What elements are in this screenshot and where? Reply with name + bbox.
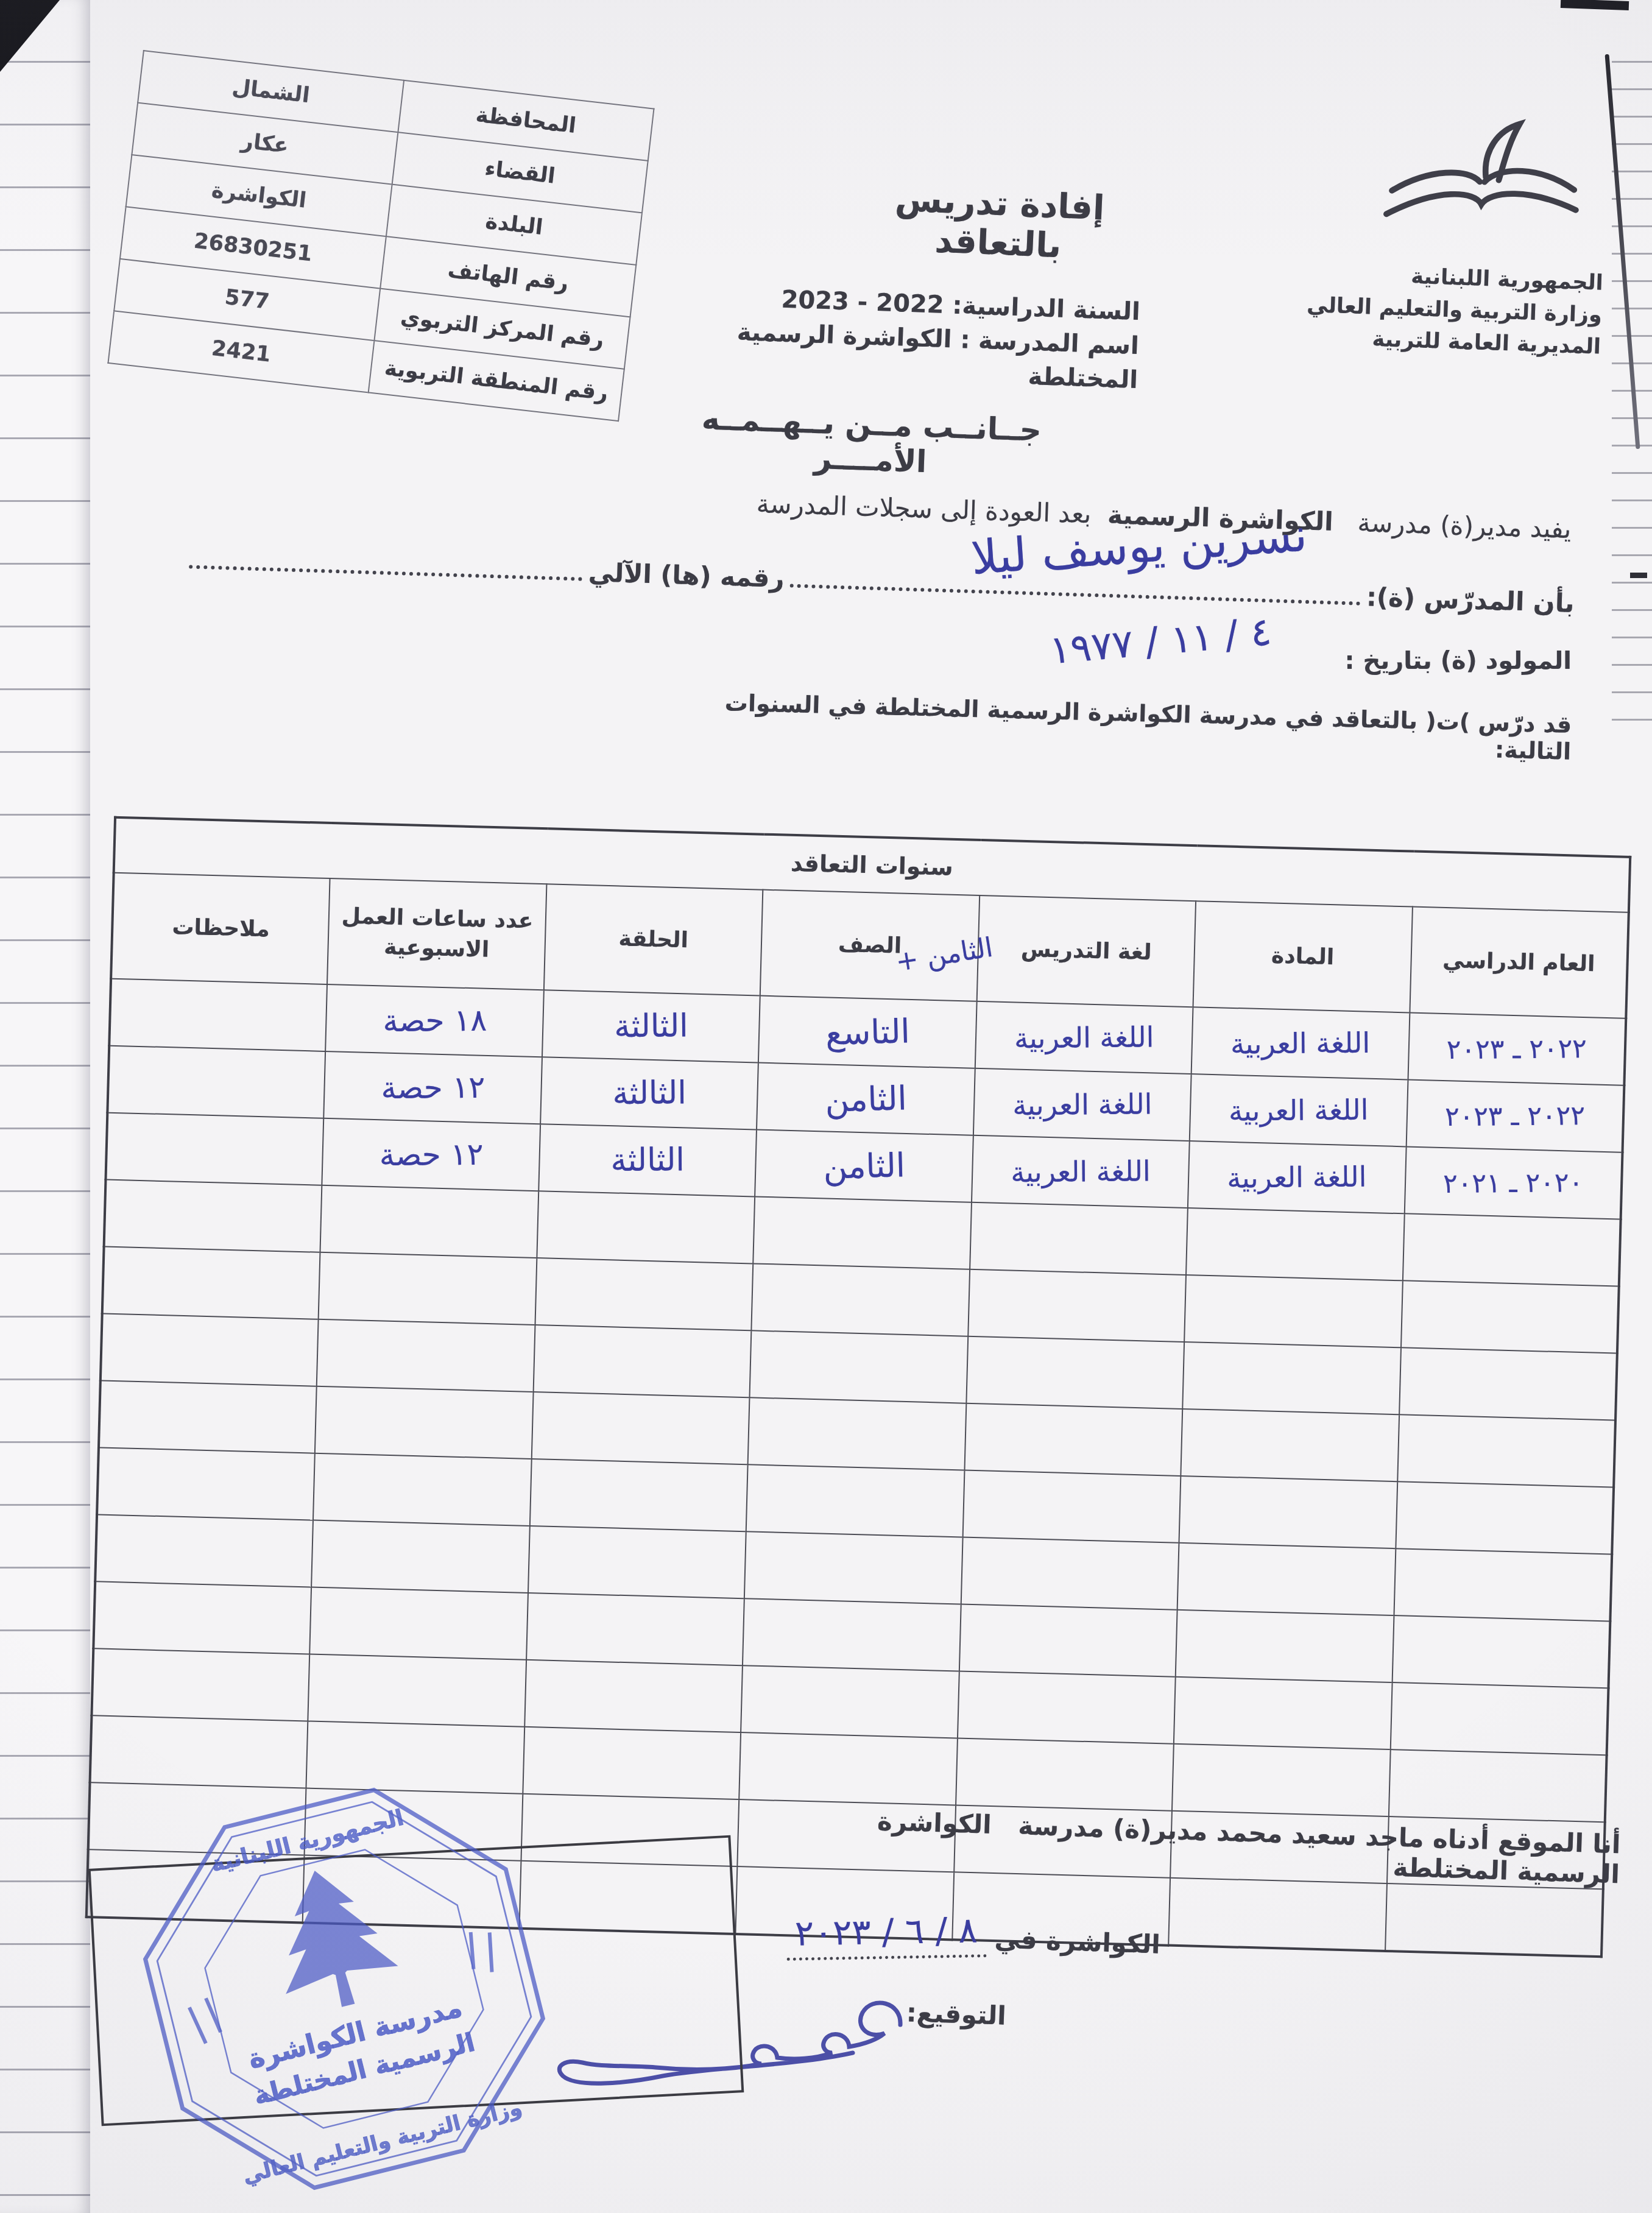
empty-cell — [741, 1665, 959, 1738]
empty-cell — [310, 1587, 528, 1660]
year-handwriting: ٢٠٢٠ ـ ٢٠٢١ — [1443, 1167, 1583, 1199]
empty-cell — [1390, 1682, 1608, 1755]
school-stamp: الجمهورية اللبنانية مدرسة الكواشرة الرسم… — [125, 1776, 563, 2202]
subject-handwriting: اللغة العربية — [1230, 1026, 1371, 1061]
empty-cell — [956, 1738, 1174, 1810]
cell-subject: اللغة العربية — [1191, 1007, 1410, 1079]
empty-cell — [532, 1392, 750, 1464]
cycle-handwriting: الثالثة — [610, 1142, 685, 1179]
place-date-label: الكواشرة في — [994, 1924, 1161, 1959]
empty-cell — [313, 1453, 531, 1526]
cell-hours: ١٢ حصة — [324, 1051, 542, 1124]
cell-language: اللغة العربية — [975, 1001, 1193, 1074]
teacher-label: بأن المدرّس (ة): — [1366, 582, 1575, 618]
cell-hours: ١٢ حصة — [322, 1118, 540, 1191]
empty-cell — [752, 1263, 970, 1336]
year-handwriting: ٢٠٢٢ ـ ٢٠٢٣ — [1446, 1033, 1586, 1065]
empty-cell — [528, 1526, 746, 1598]
cell-year: ٢٠٢٢ ـ ٢٠٢٣ — [1408, 1012, 1626, 1085]
empty-cell — [317, 1319, 535, 1392]
col-weekly-hours: عدد ساعات العمل الاسبوعية — [327, 878, 546, 990]
edge-mark — [1630, 573, 1647, 578]
cycle-handwriting: الثالثة — [612, 1075, 687, 1112]
col-notes: ملاحظات — [111, 873, 330, 984]
registry-number-label: رقمه (ها) الآلي — [588, 557, 785, 593]
empty-cell — [968, 1269, 1186, 1342]
col-cycle: الحلقة — [544, 884, 763, 995]
empty-cell — [1385, 1883, 1603, 1957]
date-handwriting: ٨ / ٦ / ٢٠٢٣ — [786, 1909, 986, 1961]
empty-cell — [1402, 1213, 1620, 1286]
empty-cell — [537, 1191, 755, 1263]
empty-cell — [1401, 1280, 1619, 1353]
ministry-header: الجمهورية اللبنانية وزارة التربية والتعل… — [1223, 254, 1603, 363]
stamp-arc-bottom-text: وزارة التربية والتعليم العالي — [240, 2095, 524, 2189]
dotted-leader — [189, 565, 582, 581]
scan-corner-mark — [1561, 0, 1629, 10]
cell-notes — [107, 1046, 325, 1118]
empty-cell — [1394, 1548, 1612, 1621]
empty-cell — [308, 1654, 526, 1727]
empty-cell — [961, 1537, 1179, 1610]
scan-corner-shadow — [0, 0, 60, 72]
empty-cell — [1184, 1275, 1402, 1347]
notebook-paper-edge-left — [0, 0, 90, 2213]
cell-notes — [105, 1113, 323, 1185]
empty-cell — [1176, 1610, 1394, 1682]
empty-cell — [533, 1325, 751, 1397]
cell-notes — [109, 979, 327, 1051]
empty-cell — [526, 1593, 744, 1665]
cell-grade: التاسع — [758, 996, 976, 1068]
empty-cell — [1186, 1208, 1404, 1280]
empty-cell — [1174, 1677, 1392, 1749]
col-subject: المادة — [1193, 901, 1413, 1012]
empty-cell — [750, 1330, 968, 1403]
cell-year: ٢٠٢٠ ـ ٢٠٢١ — [1404, 1146, 1622, 1219]
cell-language: اللغة العربية — [972, 1135, 1190, 1208]
language-handwriting: اللغة العربية — [1011, 1154, 1151, 1188]
empty-cell — [962, 1470, 1181, 1543]
empty-cell — [1177, 1543, 1396, 1615]
empty-cell — [754, 1196, 972, 1269]
cell-subject: اللغة العربية — [1190, 1074, 1408, 1146]
empty-cell — [93, 1581, 311, 1654]
cell-hours: ١٨ حصة — [326, 984, 544, 1057]
ministry-book-logo-icon — [1379, 109, 1585, 259]
cell-cycle: الثالثة — [540, 1057, 758, 1129]
empty-cell — [964, 1403, 1182, 1476]
info-table: المحافظة الشمال القضاء عكار البلدة الكوا… — [107, 50, 654, 422]
cell-cycle: الثالثة — [538, 1124, 757, 1196]
empty-cell — [743, 1598, 961, 1671]
col-teaching-language: لغة التدريس — [976, 895, 1196, 1007]
col-school-year: العام الدراسي — [1410, 907, 1629, 1018]
empty-cell — [740, 1732, 958, 1805]
empty-cell — [1182, 1342, 1400, 1414]
line1-suffix: بعد العودة إلى سجلات المدرسة — [756, 489, 1092, 529]
empty-cell — [101, 1313, 319, 1386]
cell-subject: اللغة العربية — [1188, 1141, 1406, 1213]
hours-handwriting: ١٢ حصة — [379, 1137, 483, 1173]
empty-cell — [524, 1660, 743, 1732]
cell-grade: الثامن — [755, 1129, 973, 1202]
cell-year: ٢٠٢٢ ـ ٢٠٢٣ — [1406, 1079, 1624, 1152]
empty-cell — [91, 1648, 309, 1721]
salutation: جــانــب مــن يــهــمــه الأمــــر — [657, 400, 1085, 485]
empty-cell — [530, 1459, 748, 1531]
empty-cell — [1397, 1414, 1615, 1487]
grade-handwriting: الثامن — [823, 1146, 906, 1186]
empty-cell — [535, 1258, 753, 1330]
empty-cell — [970, 1202, 1188, 1275]
cycle-handwriting: الثالثة — [614, 1008, 688, 1045]
subject-handwriting: اللغة العربية — [1229, 1093, 1369, 1128]
hours-handwriting: ١٢ حصة — [381, 1070, 485, 1106]
cedar-tree-icon — [258, 1857, 404, 2019]
empty-cell — [1396, 1481, 1614, 1554]
empty-cell — [1388, 1749, 1606, 1822]
stamp-arc-top-text: الجمهورية اللبنانية — [208, 1805, 406, 1877]
cell-language: اللغة العربية — [973, 1068, 1191, 1141]
empty-cell — [102, 1247, 320, 1319]
empty-cell — [315, 1386, 533, 1459]
empty-cell — [744, 1531, 962, 1604]
empty-cell — [746, 1464, 964, 1537]
scanned-teaching-certificate: المحافظة الشمال القضاء عكار البلدة الكوا… — [0, 0, 1652, 2213]
empty-cell — [95, 1514, 313, 1587]
empty-cell — [1392, 1615, 1610, 1688]
document-meta: السنة الدراسية: 2022 - 2023 اسم المدرسة … — [711, 280, 1140, 397]
empty-cell — [1168, 1878, 1386, 1951]
empty-cell — [99, 1380, 317, 1453]
empty-cell — [312, 1520, 530, 1593]
school-name-line: اسم المدرسة : الكواشرة الرسمية المختلطة — [711, 314, 1139, 397]
document-title: إفادة تدريس بالتعاقد — [827, 177, 1171, 270]
cell-grade: الثامن — [757, 1063, 975, 1135]
empty-cell — [1181, 1409, 1399, 1481]
empty-cell — [319, 1252, 537, 1325]
body-line-4: قد درّس )ت( بالتعاقد في مدرسة الكواشرة ا… — [645, 687, 1572, 765]
empty-cell — [97, 1447, 315, 1520]
empty-cell — [959, 1604, 1177, 1677]
empty-cell — [1179, 1476, 1397, 1548]
grade-handwriting: الثامن — [824, 1079, 907, 1119]
language-handwriting: اللغة العربية — [1014, 1021, 1154, 1055]
empty-cell — [1399, 1347, 1617, 1420]
empty-cell — [1172, 1744, 1390, 1816]
empty-cell — [966, 1336, 1184, 1409]
empty-cell — [320, 1185, 538, 1258]
year-handwriting: ٢٠٢٢ ـ ٢٠٢٣ — [1445, 1100, 1585, 1132]
empty-cell — [748, 1397, 966, 1470]
subject-handwriting: اللغة العربية — [1227, 1160, 1367, 1195]
empty-cell — [104, 1180, 322, 1252]
language-handwriting: اللغة العربية — [1012, 1087, 1153, 1121]
hours-handwriting: ١٨ حصة — [383, 1003, 487, 1039]
empty-cell — [958, 1671, 1176, 1743]
grade-handwriting: التاسع — [825, 1012, 910, 1053]
cell-cycle: الثالثة — [542, 990, 760, 1062]
